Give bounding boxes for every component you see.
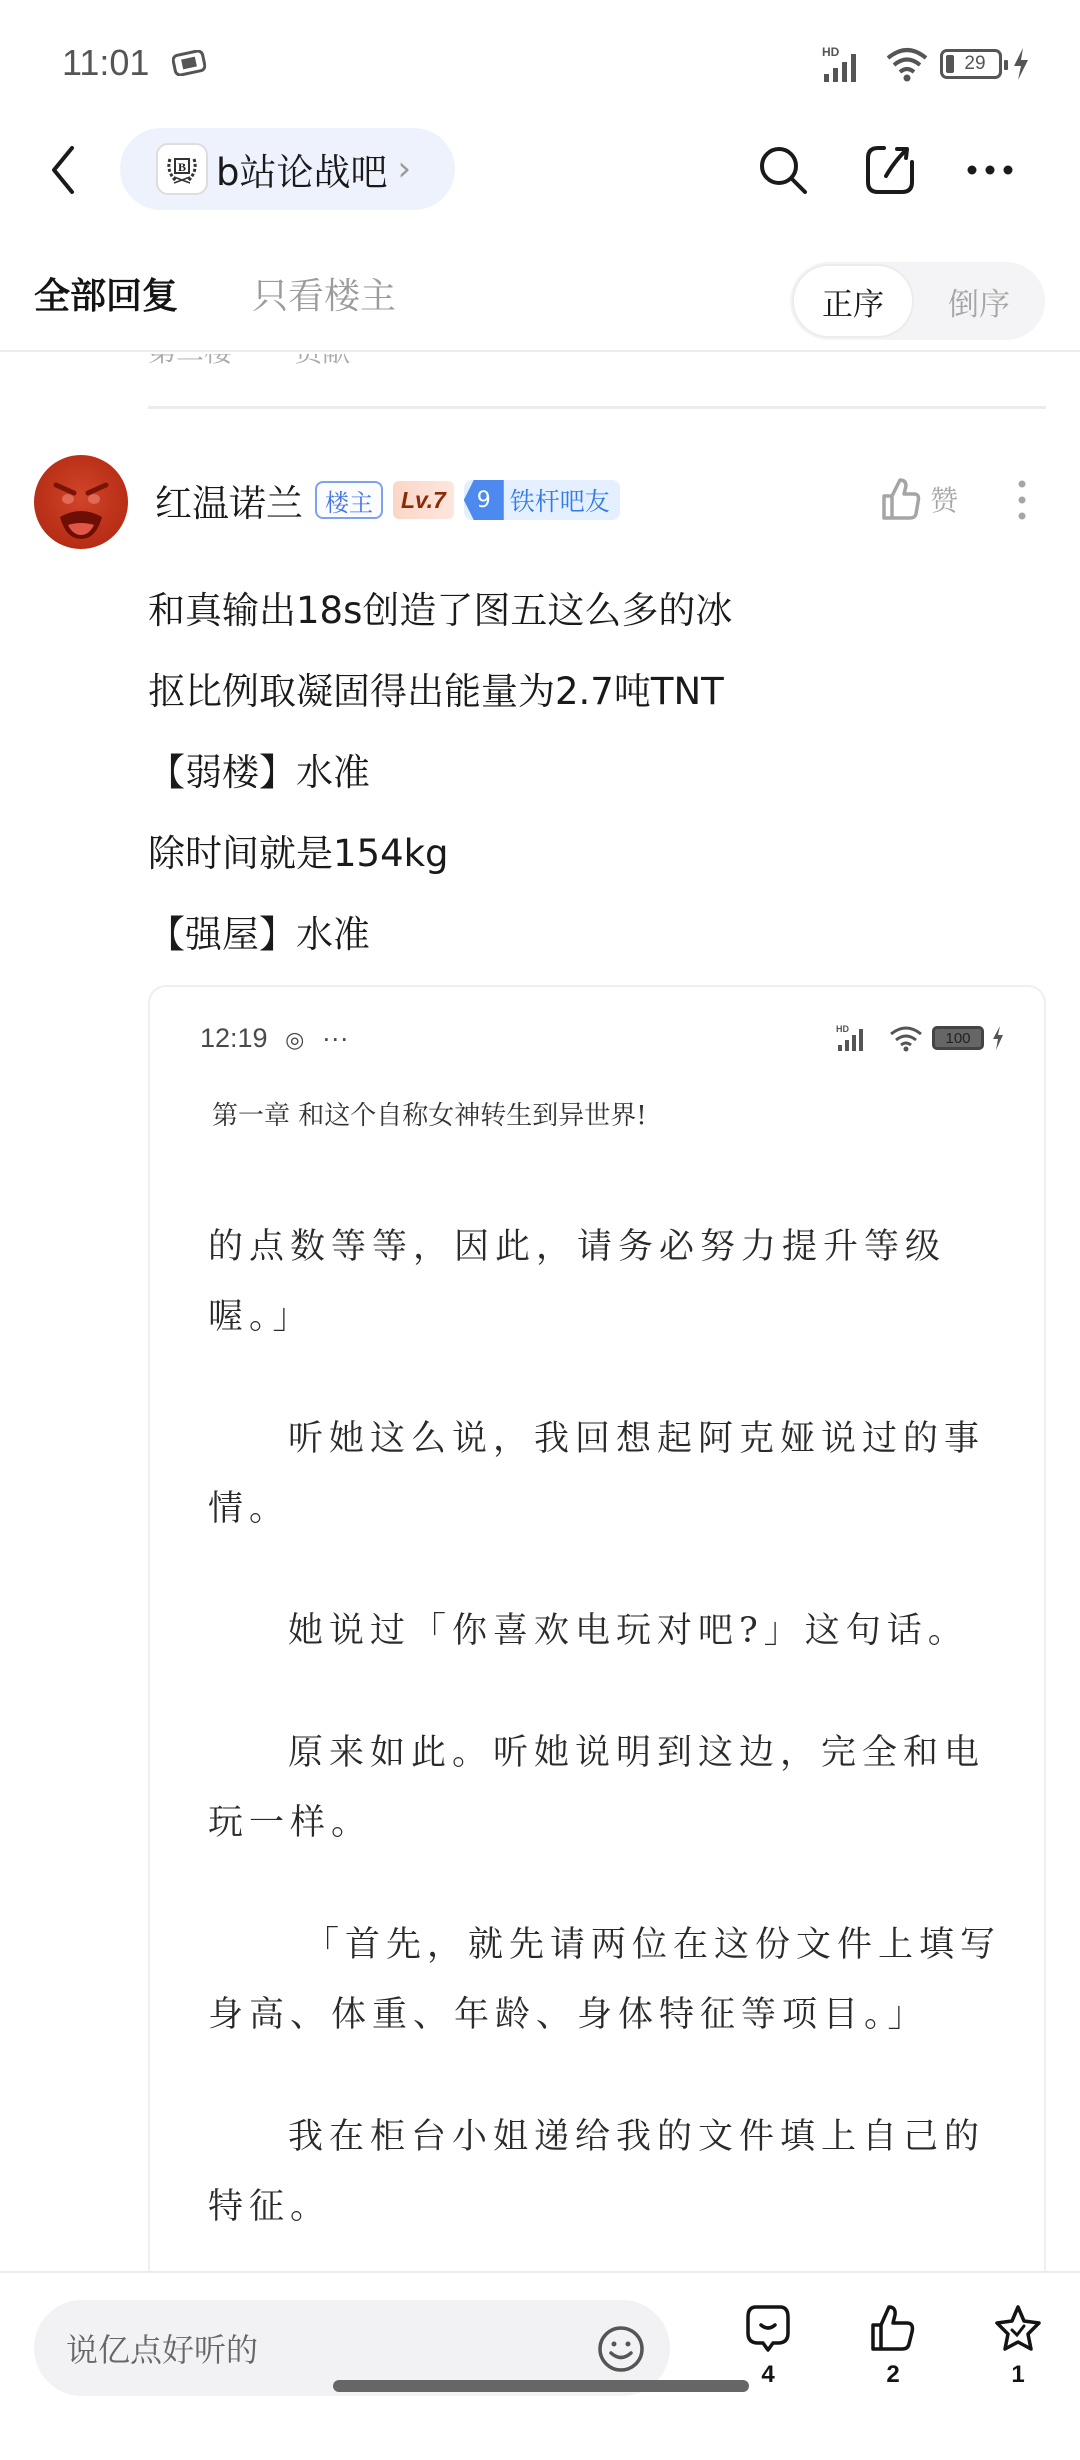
previous-floor-meta: 第二楼 ·· ·· 贡献 bbox=[148, 354, 548, 368]
sort-toggle: 正序 倒序 bbox=[790, 262, 1045, 340]
battery-level: 29 bbox=[964, 53, 985, 75]
battery-icon: 29 bbox=[940, 49, 1002, 79]
like-count: 2 bbox=[858, 2361, 928, 2389]
charging-icon bbox=[992, 1026, 1004, 1050]
author-name[interactable]: 红温诺兰 bbox=[155, 473, 303, 527]
back-button[interactable] bbox=[44, 140, 84, 200]
post-image[interactable]: 12:19 ◎ ··· HD 100 第一章 和这个自称女神转生到异世界! 的点… bbox=[148, 985, 1046, 2285]
signal-icon: HD bbox=[822, 44, 874, 84]
game-controller-icon bbox=[172, 50, 206, 76]
like-label: 赞 bbox=[930, 479, 958, 519]
wifi-icon bbox=[884, 44, 930, 84]
search-button[interactable] bbox=[755, 142, 811, 198]
battery-icon: 100 bbox=[932, 1026, 984, 1050]
thumbs-up-icon bbox=[867, 2303, 919, 2355]
charging-icon bbox=[1012, 48, 1030, 80]
post-line: 除时间就是154kg bbox=[148, 813, 1048, 894]
emoji-button[interactable] bbox=[596, 2324, 646, 2374]
star-icon bbox=[992, 2303, 1044, 2355]
owner-badge: 楼主 bbox=[315, 481, 383, 519]
top-nav: B b站论战吧 › bbox=[0, 120, 1080, 220]
sync-icon: ◎ bbox=[285, 1027, 304, 1052]
more-options-button[interactable] bbox=[962, 142, 1018, 198]
ellipsis-icon: ··· bbox=[322, 1023, 349, 1053]
chevron-right-icon: › bbox=[398, 149, 412, 189]
forum-name: b站论战吧 bbox=[216, 142, 388, 196]
status-bar: 11:01 HD 29 bbox=[0, 0, 1080, 120]
comment-placeholder: 说亿点好听的 bbox=[66, 2325, 258, 2371]
reply-tabs: 全部回复 只看楼主 正序 倒序 bbox=[0, 250, 1080, 352]
favorite-count-button[interactable]: 1 bbox=[983, 2303, 1053, 2389]
svg-text:B: B bbox=[178, 160, 186, 174]
author-avatar[interactable] bbox=[34, 455, 128, 549]
thumbs-up-icon bbox=[880, 476, 922, 522]
angry-face-icon bbox=[34, 455, 128, 549]
home-indicator[interactable] bbox=[333, 2380, 749, 2392]
sort-ascending-button[interactable]: 正序 bbox=[792, 264, 914, 338]
author-info: 红温诺兰 楼主 Lv.7 9 铁杆吧友 bbox=[155, 472, 620, 528]
tab-all-replies[interactable]: 全部回复 bbox=[34, 268, 178, 319]
status-icons: HD 29 bbox=[822, 44, 1030, 84]
favorite-count: 1 bbox=[983, 2361, 1053, 2389]
novel-text: 的点数等等，因此，请务必努力提升等级 喔。」 听她这么说，我回想起阿克娅说过的事… bbox=[208, 1212, 998, 2242]
forum-link-button[interactable]: B b站论战吧 › bbox=[120, 128, 455, 210]
post-line: 和真输出18s创造了图五这么多的冰 bbox=[148, 570, 1048, 651]
fan-title: 铁杆吧友 bbox=[510, 482, 610, 518]
status-time: 11:01 bbox=[62, 42, 149, 84]
image-status-time: 12:19 ◎ ··· bbox=[200, 1023, 349, 1054]
like-count-button[interactable]: 2 bbox=[858, 2303, 928, 2389]
comment-count-button[interactable]: 4 bbox=[733, 2303, 803, 2389]
level-badge: Lv.7 bbox=[393, 481, 454, 519]
svg-text:HD: HD bbox=[836, 1024, 849, 1034]
chapter-title: 第一章 和这个自称女神转生到异世界! bbox=[212, 1095, 647, 1132]
wifi-icon bbox=[888, 1023, 924, 1053]
signal-icon: HD bbox=[836, 1023, 880, 1053]
image-status-icons: HD 100 bbox=[836, 1023, 1004, 1053]
svg-text:HD: HD bbox=[822, 45, 840, 59]
post-line: 【强屋】水准 bbox=[148, 894, 1048, 975]
sort-descending-button[interactable]: 倒序 bbox=[918, 264, 1040, 338]
divider bbox=[148, 406, 1046, 409]
share-button[interactable] bbox=[862, 142, 918, 198]
forum-logo-icon: B bbox=[156, 143, 208, 195]
fan-level-number: 9 bbox=[464, 480, 504, 520]
fan-level-badge: 9 铁杆吧友 bbox=[464, 480, 620, 520]
post-line: 抠比例取凝固得出能量为2.7吨TNT bbox=[148, 651, 1048, 732]
post-like-button[interactable]: 赞 bbox=[880, 474, 958, 524]
tab-owner-only[interactable]: 只看楼主 bbox=[252, 268, 396, 319]
post-content: 和真输出18s创造了图五这么多的冰 抠比例取凝固得出能量为2.7吨TNT 【弱楼… bbox=[148, 570, 1048, 975]
comment-bubble-icon bbox=[742, 2303, 794, 2355]
bottom-action-bar: 说亿点好听的 4 2 1 bbox=[0, 2271, 1080, 2460]
post-more-button[interactable] bbox=[1010, 478, 1034, 522]
post-line: 【弱楼】水准 bbox=[148, 732, 1048, 813]
